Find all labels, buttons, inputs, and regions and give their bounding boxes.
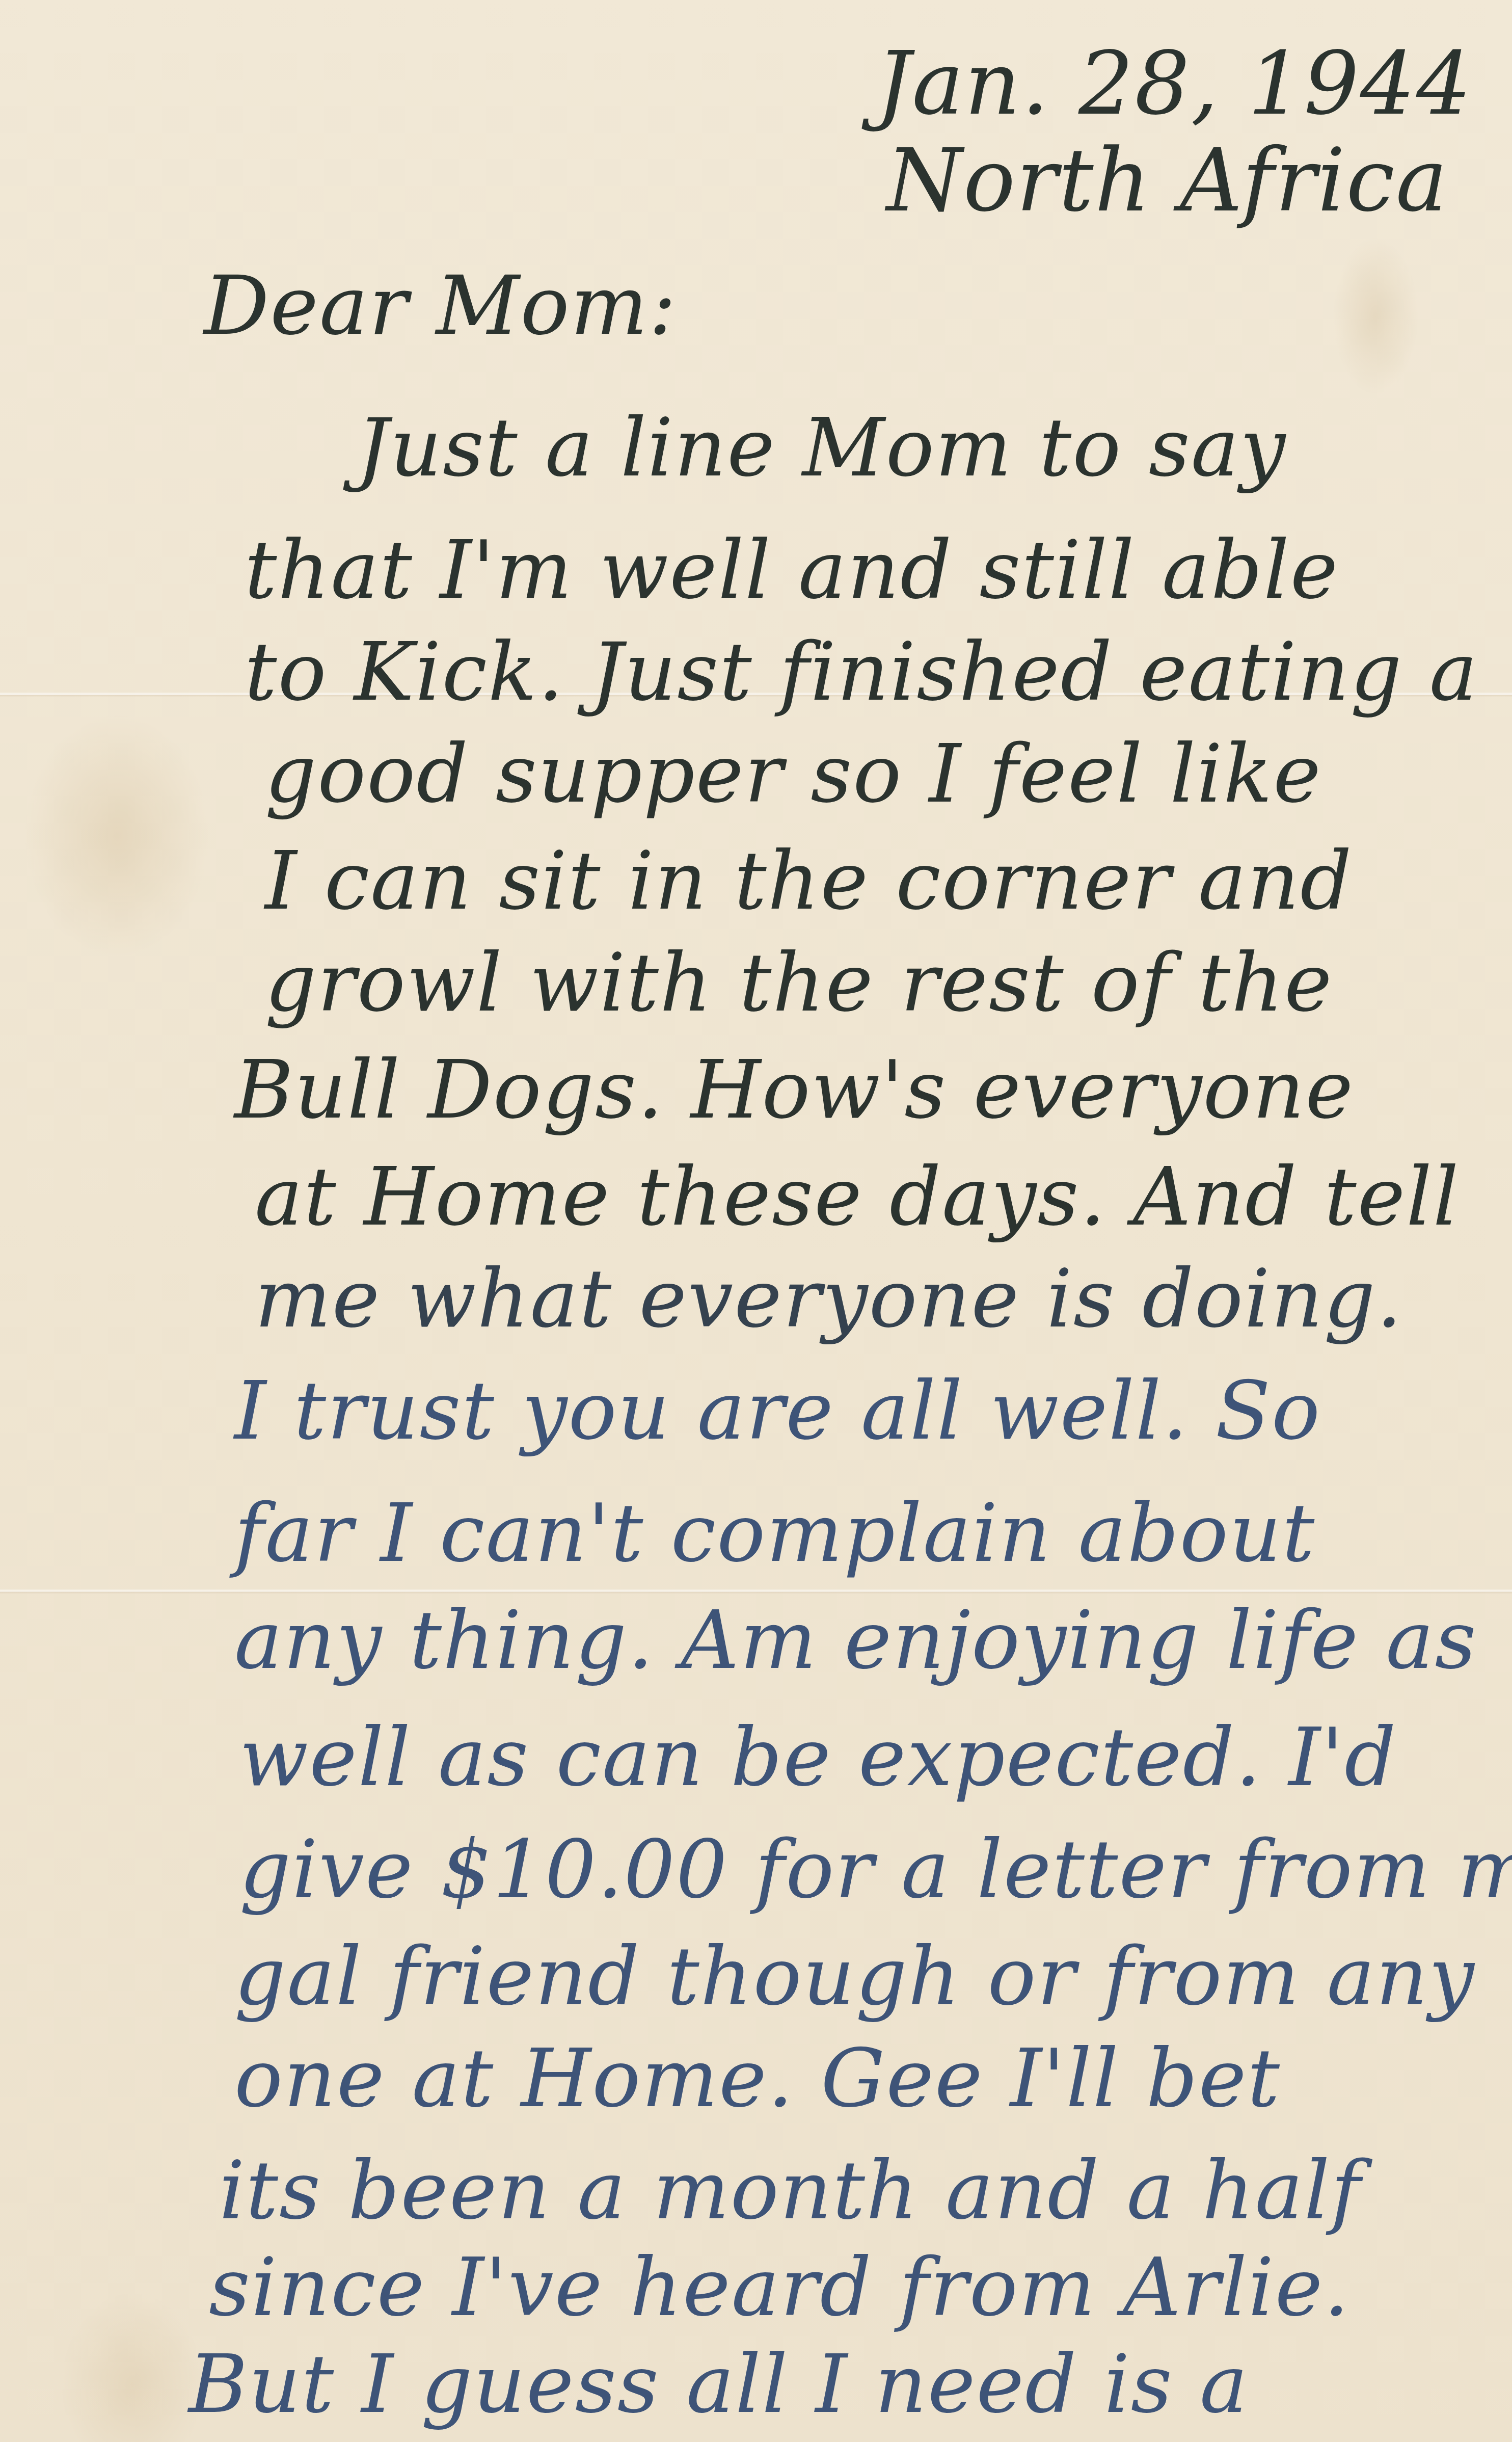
letter-line: me what everyone is doing. — [255, 1259, 1403, 1339]
letter-line: growl with the rest of the — [265, 943, 1333, 1023]
letter-line: at Home these days. And tell — [255, 1157, 1460, 1237]
letter-line: one at Home. Gee I'll bet — [234, 2038, 1281, 2119]
letter-line: give $10.00 for a letter from my — [239, 1829, 1512, 1910]
letter-line: any thing. Am enjoying life as — [234, 1600, 1477, 1681]
letter-salutation: Dear Mom: — [204, 265, 677, 347]
letter-line: gal friend though or from any — [234, 1936, 1475, 2017]
letter-line: I trust you are all well. So — [234, 1371, 1321, 1451]
letter-line: that I'm well and still able — [245, 530, 1339, 610]
letter-line: to Kick. Just finished eating a — [245, 632, 1478, 712]
letter-line: Bull Dogs. How's everyone — [234, 1050, 1354, 1130]
letter-line: its been a month and a half — [219, 2151, 1362, 2231]
letter-line: since I've heard from Arlie. — [209, 2247, 1350, 2328]
letter-line: good supper so I feel like — [265, 734, 1322, 814]
letter-line: But I guess all I need is a — [188, 2344, 1249, 2425]
letter-line: well as can be expected. I'd — [239, 1717, 1397, 1798]
letter-place: North Africa — [886, 138, 1448, 224]
letter-line: Just a line Mom to say — [357, 408, 1286, 488]
letter-paper: Jan. 28, 1944 North Africa Dear Mom: Jus… — [0, 0, 1512, 2442]
letter-line: far I can't complain about — [234, 1493, 1315, 1574]
letter-line: I can sit in the corner and — [265, 841, 1353, 921]
letter-date: Jan. 28, 1944 — [876, 41, 1472, 127]
